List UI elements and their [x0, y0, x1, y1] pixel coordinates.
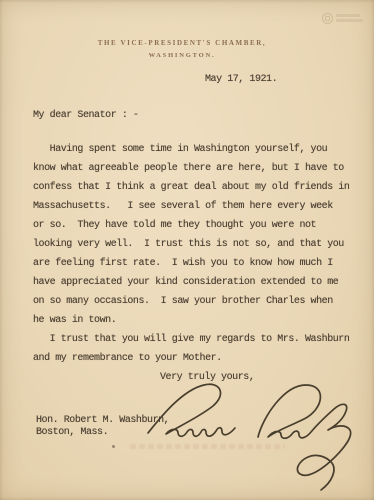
body-line: have appreciated your kind consideration… [33, 273, 363, 292]
salutation: My dear Senator : - [33, 106, 363, 126]
letterhead-line2: WASHINGTON. [0, 52, 364, 59]
recipient-city: Boston, Mass. [36, 427, 169, 439]
body-line: and my remembrance to your Mother. [33, 349, 363, 368]
watermark-logo-icon [322, 13, 333, 24]
letterhead-line1: THE VICE-PRESIDENT'S CHAMBER, [0, 39, 364, 47]
date-line: May 17, 1921. [205, 73, 277, 87]
signature-stroke-coolidge [258, 385, 351, 490]
letter-body: My dear Senator : - Having spent some ti… [33, 106, 363, 384]
recipient-name: Hon. Robert M. Washburn, [36, 415, 169, 427]
faint-stamp-mark [130, 444, 285, 449]
body-line: looking very well. I trust this is not s… [33, 235, 363, 254]
body-line: Massachusetts. I see several of them her… [33, 197, 363, 216]
body-line: confess that I think a great deal about … [33, 178, 363, 197]
body-line: on so many occasions. I saw your brother… [33, 292, 363, 311]
ink-speck [112, 445, 115, 448]
body-line: or so. They have told me they thought yo… [33, 216, 363, 235]
watermark-stamp [322, 10, 368, 26]
body-line: he was in town. [33, 311, 363, 330]
body-line: I trust that you will give my regards to… [33, 330, 363, 349]
recipient-address: Hon. Robert M. Washburn, Boston, Mass. [36, 415, 169, 438]
paragraph-2: I trust that you will give my regards to… [33, 330, 363, 368]
body-line: Having spent some time in Washington you… [33, 140, 363, 159]
signature-calvin-coolidge [138, 372, 374, 498]
body-line: know what agreeable people there are her… [33, 159, 363, 178]
closing-valediction: Very truly yours, [160, 372, 363, 384]
letterhead: THE VICE-PRESIDENT'S CHAMBER, WASHINGTON… [0, 39, 364, 59]
body-line: are feeling first rate. I wish you to kn… [33, 254, 363, 273]
letter-page: THE VICE-PRESIDENT'S CHAMBER, WASHINGTON… [0, 0, 374, 500]
paragraph-1: Having spent some time in Washington you… [33, 140, 363, 330]
watermark-text-lines [336, 14, 363, 22]
